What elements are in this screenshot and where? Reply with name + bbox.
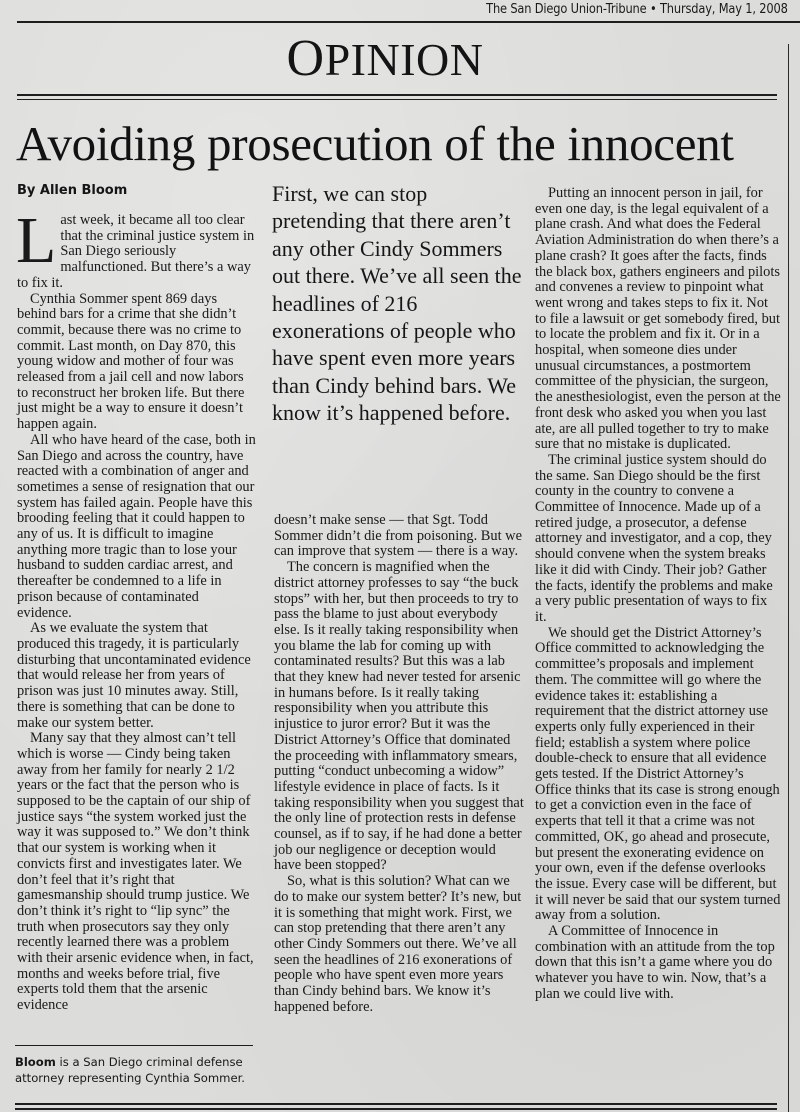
paragraph: Many say that they almost can’t tell whi… bbox=[17, 731, 257, 1014]
publication-date: Thursday, May 1, 2008 bbox=[660, 2, 788, 17]
masthead: The San Diego Union-Tribune • Thursday, … bbox=[486, 2, 788, 17]
bottom-rule-upper bbox=[15, 1103, 777, 1105]
drop-cap: L bbox=[16, 216, 56, 266]
article-column-2: doesn’t make sense — that Sgt. Todd Somm… bbox=[274, 513, 526, 1016]
paragraph: Putting an innocent person in jail, for … bbox=[535, 186, 781, 453]
paragraph: Last week, it became all too clear that … bbox=[17, 213, 257, 292]
publication-name: The San Diego Union-Tribune bbox=[486, 2, 646, 17]
paragraph: The concern is magnified when the distri… bbox=[274, 560, 526, 874]
headline: Avoiding prosecution of the innocent bbox=[16, 116, 776, 172]
top-rule bbox=[17, 21, 800, 23]
pull-quote: First, we can stop pretending that there… bbox=[272, 180, 522, 427]
paragraph: Cynthia Sommer spent 869 days behind bar… bbox=[17, 292, 257, 433]
author-bio: Bloom is a San Diego criminal defense at… bbox=[15, 1055, 260, 1086]
paragraph: All who have heard of the case, both in … bbox=[17, 433, 257, 621]
bio-rule bbox=[15, 1045, 253, 1046]
byline: By Allen Bloom bbox=[17, 183, 127, 198]
paragraph: A Committee of Innocence in combination … bbox=[535, 924, 781, 1003]
paragraph: The criminal justice system should do th… bbox=[535, 453, 781, 626]
paragraph: doesn’t make sense — that Sgt. Todd Somm… bbox=[274, 513, 526, 560]
paragraph: We should get the District Attorney’s Of… bbox=[535, 626, 781, 924]
bullet-separator: • bbox=[650, 2, 657, 17]
article-column-1: Last week, it became all too clear that … bbox=[17, 213, 257, 1014]
paragraph: As we evaluate the system that produced … bbox=[17, 621, 257, 731]
section-rule-upper bbox=[17, 94, 777, 96]
section-rule-lower bbox=[17, 99, 777, 100]
right-column-border bbox=[788, 44, 789, 1112]
article-column-3: Putting an innocent person in jail, for … bbox=[535, 186, 781, 1003]
paragraph: So, what is this solution? What can we d… bbox=[274, 874, 526, 1015]
bottom-rule-lower bbox=[15, 1108, 777, 1110]
section-title: OPINION bbox=[0, 34, 770, 85]
author-bio-name: Bloom bbox=[15, 1055, 56, 1069]
